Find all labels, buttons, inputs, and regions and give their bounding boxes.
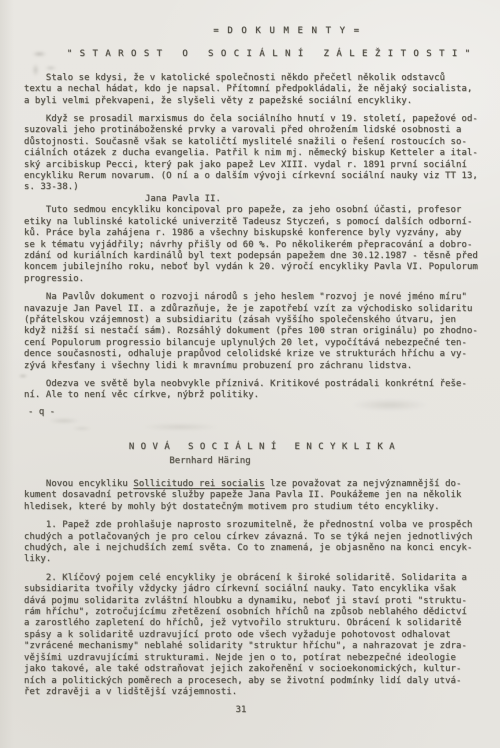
article2-body: Novou encykliku Sollicitudo rei socialis… (24, 479, 484, 698)
paragraph: Na Pavlův dokument o rozvoji národů s je… (24, 292, 484, 372)
article2-title: N O V Á S O C I Á L N Í E N C Y K L I K … (32, 442, 492, 453)
article1-body: Stalo se kdysi, že v katolické společnos… (24, 73, 484, 402)
paragraph: Odezva ve světě byla neobvykle příznivá.… (24, 379, 484, 402)
page-number: 31 (11, 705, 471, 716)
scan-smudge (120, 418, 240, 436)
inserted-typed-line: Jana Pavla II. (145, 194, 484, 205)
scanned-document-page: = D O K U M E N T Y = " S T A R O S T O … (0, 0, 500, 748)
paragraph: Tuto sedmou encykliku koncipoval pro pap… (24, 205, 484, 285)
paragraph: Stalo se kdysi, že v katolické společnos… (24, 73, 484, 107)
section-label-dokumenty: = D O K U M E N T Y = (57, 26, 500, 37)
article1-title: " S T A R O S T O S O C I Á L N Í Z Á L … (39, 49, 499, 60)
paragraph: Novou encykliku Sollicitudo rei socialis… (24, 479, 484, 513)
article2-author: Bernhard Häring (0, 456, 440, 467)
typed-divider-q: - q - (28, 407, 484, 418)
paragraph: 2. Klíčový pojem celé encykliky je obrác… (24, 573, 484, 698)
paragraph: 1. Papež zde prohlašuje naprosto srozumi… (24, 520, 484, 566)
paragraph: Když se prosadil marxismus do čela sociá… (24, 114, 484, 194)
